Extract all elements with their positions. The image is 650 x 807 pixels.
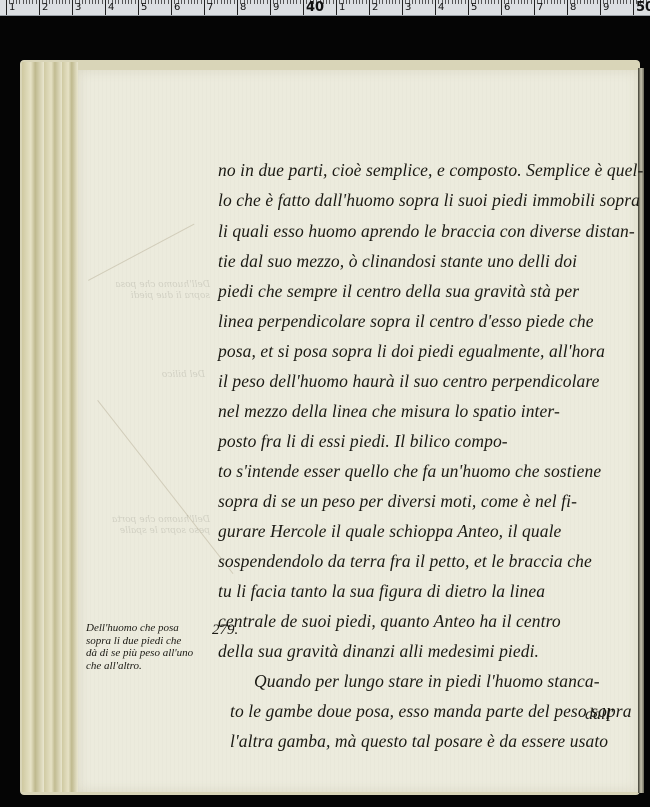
- paper-crease: [88, 224, 194, 281]
- page-edges-left: [22, 62, 44, 792]
- page-edges-left-inner: [44, 62, 62, 792]
- marginal-note: Dell'huomo che posa sopra li due piedi c…: [86, 622, 216, 672]
- measurement-ruler: 1234567894012345678950: [0, 0, 650, 16]
- ruler-minor-tick: [98, 0, 99, 4]
- text-line: posto fra li di essi piedi. Il bilico co…: [218, 431, 508, 452]
- ruler-minor-tick: [511, 0, 512, 4]
- ruler-minor-tick: [329, 0, 330, 4]
- ruler-minor-tick: [366, 0, 367, 4]
- ruler-minor-tick: [280, 0, 281, 4]
- ruler-minor-tick: [247, 0, 248, 4]
- text-line: centrale de suoi piedi, quanto Anteo ha …: [218, 611, 561, 632]
- ruler-tick-label: 4: [435, 0, 444, 15]
- ruler-tick-label: 8: [237, 0, 246, 15]
- ruler-minor-tick: [617, 0, 618, 4]
- ruler-minor-tick: [485, 0, 486, 4]
- ruler-minor-tick: [263, 0, 264, 4]
- ruler-minor-tick: [85, 0, 86, 4]
- ruler-minor-tick: [514, 0, 515, 4]
- ruler-minor-tick: [151, 0, 152, 4]
- text-line: linea perpendicolare sopra il centro d'e…: [218, 311, 594, 332]
- ruler-minor-tick: [181, 0, 182, 4]
- ruler-minor-tick: [465, 0, 466, 4]
- ruler-minor-tick: [32, 0, 33, 4]
- ruler-minor-tick: [389, 0, 390, 4]
- ruler-minor-tick: [518, 0, 519, 4]
- ruler-minor-tick: [19, 0, 20, 4]
- ruler-minor-tick: [346, 0, 347, 4]
- ruler-minor-tick: [326, 0, 327, 4]
- ruler-minor-tick: [448, 0, 449, 4]
- ruler-minor-tick: [349, 0, 350, 4]
- ruler-minor-tick: [221, 0, 222, 4]
- ruler-minor-tick: [356, 0, 357, 4]
- ruler-minor-tick: [296, 0, 297, 4]
- ruler-minor-tick: [392, 0, 393, 4]
- ruler-minor-tick: [16, 0, 17, 4]
- ruler-minor-tick: [620, 0, 621, 4]
- ruler-minor-tick: [399, 0, 400, 4]
- ruler-minor-tick: [234, 0, 235, 4]
- ruler-minor-tick: [188, 0, 189, 4]
- ruler-tick-label: 5: [138, 0, 147, 15]
- marginal-note-line: che all'altro.: [86, 660, 216, 673]
- ruler-minor-tick: [92, 0, 93, 4]
- ruler-minor-tick: [461, 0, 462, 4]
- ruler-minor-tick: [547, 0, 548, 4]
- text-line: to s'intende esser quello che fa un'huom…: [218, 461, 601, 482]
- ruler-minor-tick: [455, 0, 456, 4]
- text-line: gurare Hercole il quale schioppa Anteo, …: [218, 521, 561, 542]
- ruler-minor-tick: [49, 0, 50, 4]
- ruler-minor-tick: [610, 0, 611, 4]
- ruler-minor-tick: [128, 0, 129, 4]
- ruler-minor-tick: [478, 0, 479, 4]
- text-line: il peso dell'huomo haurà il suo centro p…: [218, 371, 600, 392]
- ruler-minor-tick: [118, 0, 119, 4]
- ruler-minor-tick: [458, 0, 459, 4]
- ruler-minor-tick: [102, 0, 103, 4]
- ruler-minor-tick: [293, 0, 294, 4]
- ruler-minor-tick: [131, 0, 132, 4]
- text-line: posa, et si posa sopra li doi piedi egua…: [218, 341, 605, 362]
- ruler-tick-label: 2: [39, 0, 48, 15]
- text-line: tie dal suo mezzo, ò clinandosi stante u…: [218, 251, 577, 272]
- ruler-minor-tick: [613, 0, 614, 4]
- ruler-minor-tick: [168, 0, 169, 4]
- paper-crease: [97, 400, 233, 574]
- ruler-minor-tick: [488, 0, 489, 4]
- ruler-tick-label: 4: [105, 0, 114, 15]
- ruler-minor-tick: [353, 0, 354, 4]
- ruler-minor-tick: [425, 0, 426, 4]
- ruler-minor-tick: [551, 0, 552, 4]
- ruler-minor-tick: [62, 0, 63, 4]
- text-line: no in due parti, cioè semplice, e compos…: [218, 160, 643, 181]
- ruler-minor-tick: [254, 0, 255, 4]
- text-line: lo che è fatto dall'huomo sopra li suoi …: [218, 190, 640, 211]
- ruler-minor-tick: [227, 0, 228, 4]
- ruler-minor-tick: [395, 0, 396, 4]
- ruler-tick-label: 5: [468, 0, 477, 15]
- ruler-minor-tick: [422, 0, 423, 4]
- ruler-minor-tick: [544, 0, 545, 4]
- text-line: to le gambe doue posa, esso manda parte …: [230, 701, 632, 722]
- ruler-tick-label: 1: [6, 0, 15, 15]
- ruler-minor-tick: [564, 0, 565, 4]
- ruler-minor-tick: [491, 0, 492, 4]
- ruler-minor-tick: [158, 0, 159, 4]
- ruler-minor-tick: [59, 0, 60, 4]
- ruler-minor-tick: [201, 0, 202, 4]
- ruler-tick-label: 7: [204, 0, 213, 15]
- ruler-minor-tick: [164, 0, 165, 4]
- text-line: della sua gravità dinanzi alli medesimi …: [218, 641, 539, 662]
- ruler-tick-label: 3: [72, 0, 81, 15]
- catchword: dall': [585, 706, 613, 724]
- ruler-minor-tick: [498, 0, 499, 4]
- text-line: piedi che sempre il centro della sua gra…: [218, 281, 579, 302]
- ruler-minor-tick: [214, 0, 215, 4]
- ruler-minor-tick: [630, 0, 631, 4]
- ruler-minor-tick: [148, 0, 149, 4]
- bleed-through-text: Del bilico: [95, 370, 205, 381]
- ruler-minor-tick: [89, 0, 90, 4]
- ruler-minor-tick: [623, 0, 624, 4]
- ruler-minor-tick: [197, 0, 198, 4]
- ruler-minor-tick: [382, 0, 383, 4]
- ruler-minor-tick: [135, 0, 136, 4]
- ruler-minor-tick: [521, 0, 522, 4]
- ruler-minor-tick: [95, 0, 96, 4]
- ruler-minor-tick: [452, 0, 453, 4]
- ruler-minor-tick: [494, 0, 495, 4]
- ruler-minor-tick: [531, 0, 532, 4]
- ruler-minor-tick: [122, 0, 123, 4]
- ruler-minor-tick: [362, 0, 363, 4]
- ruler-tick-label: 2: [369, 0, 378, 15]
- marginal-note-line: Dell'huomo che posa: [86, 622, 216, 635]
- ruler-minor-tick: [184, 0, 185, 4]
- ruler-tick-label: 7: [534, 0, 543, 15]
- ruler-minor-tick: [432, 0, 433, 4]
- ruler-tick-label: 50: [633, 0, 650, 15]
- text-line: l'altra gamba, mà questo tal posare è da…: [230, 731, 608, 752]
- ruler-minor-tick: [26, 0, 27, 4]
- ruler-minor-tick: [125, 0, 126, 4]
- ruler-minor-tick: [250, 0, 251, 4]
- bleed-through-text: Dell'huomo che posa sopra li due piedi: [100, 280, 210, 302]
- ruler-minor-tick: [445, 0, 446, 4]
- ruler-minor-tick: [287, 0, 288, 4]
- ruler-minor-tick: [36, 0, 37, 4]
- ruler-tick-label: 8: [567, 0, 576, 15]
- ruler-minor-tick: [230, 0, 231, 4]
- ruler-minor-tick: [379, 0, 380, 4]
- ruler-minor-tick: [194, 0, 195, 4]
- text-line: tu li facia tanto la sua figura di dietr…: [218, 581, 545, 602]
- text-line: Quando per lungo stare in piedi l'huomo …: [254, 671, 600, 692]
- ruler-minor-tick: [584, 0, 585, 4]
- ruler-minor-tick: [481, 0, 482, 4]
- ruler-minor-tick: [267, 0, 268, 4]
- ruler-minor-tick: [580, 0, 581, 4]
- text-line: sospendendolo da terra fra il petto, et …: [218, 551, 592, 572]
- ruler-minor-tick: [69, 0, 70, 4]
- ruler-minor-tick: [283, 0, 284, 4]
- marginal-note-line: sopra li due piedi che: [86, 635, 216, 648]
- marginal-note-line: dà di se più peso all'uno: [86, 647, 216, 660]
- ruler-minor-tick: [217, 0, 218, 4]
- ruler-tick-label: 6: [501, 0, 510, 15]
- ruler-minor-tick: [577, 0, 578, 4]
- ruler-minor-tick: [428, 0, 429, 4]
- ruler-minor-tick: [290, 0, 291, 4]
- ruler-minor-tick: [23, 0, 24, 4]
- ruler-tick-label: 9: [600, 0, 609, 15]
- ruler-tick-label: 6: [171, 0, 180, 15]
- bleed-through-text: Dell'huomo che porta peso sopra le spall…: [100, 515, 210, 537]
- ruler-minor-tick: [626, 0, 627, 4]
- ruler-minor-tick: [359, 0, 360, 4]
- ruler-minor-tick: [300, 0, 301, 4]
- ruler-minor-tick: [29, 0, 30, 4]
- ruler-tick-label: 40: [303, 0, 324, 15]
- ruler-minor-tick: [560, 0, 561, 4]
- ruler-minor-tick: [587, 0, 588, 4]
- ruler-minor-tick: [257, 0, 258, 4]
- ruler-minor-tick: [554, 0, 555, 4]
- ruler-tick-label: 3: [402, 0, 411, 15]
- ruler-minor-tick: [65, 0, 66, 4]
- ruler-tick-label: 1: [336, 0, 345, 15]
- ruler-minor-tick: [260, 0, 261, 4]
- text-line: li quali esso huomo aprendo le braccia c…: [218, 221, 635, 242]
- ruler-minor-tick: [224, 0, 225, 4]
- ruler-minor-tick: [386, 0, 387, 4]
- ruler-minor-tick: [415, 0, 416, 4]
- ruler-minor-tick: [191, 0, 192, 4]
- ruler-minor-tick: [524, 0, 525, 4]
- ruler-minor-tick: [333, 0, 334, 4]
- ruler-minor-tick: [161, 0, 162, 4]
- ruler-minor-tick: [52, 0, 53, 4]
- text-line: sopra di se un peso per diversi moti, co…: [218, 491, 577, 512]
- ruler-minor-tick: [419, 0, 420, 4]
- ruler-tick-label: 9: [270, 0, 279, 15]
- ruler-minor-tick: [115, 0, 116, 4]
- text-line: nel mezzo della linea che misura lo spat…: [218, 401, 560, 422]
- ruler-minor-tick: [56, 0, 57, 4]
- ruler-minor-tick: [590, 0, 591, 4]
- ruler-minor-tick: [557, 0, 558, 4]
- ruler-minor-tick: [155, 0, 156, 4]
- ruler-minor-tick: [527, 0, 528, 4]
- page-edges-gutter: [62, 62, 78, 792]
- ruler-minor-tick: [597, 0, 598, 4]
- ruler-minor-tick: [593, 0, 594, 4]
- ruler-minor-tick: [82, 0, 83, 4]
- ruler-minor-tick: [412, 0, 413, 4]
